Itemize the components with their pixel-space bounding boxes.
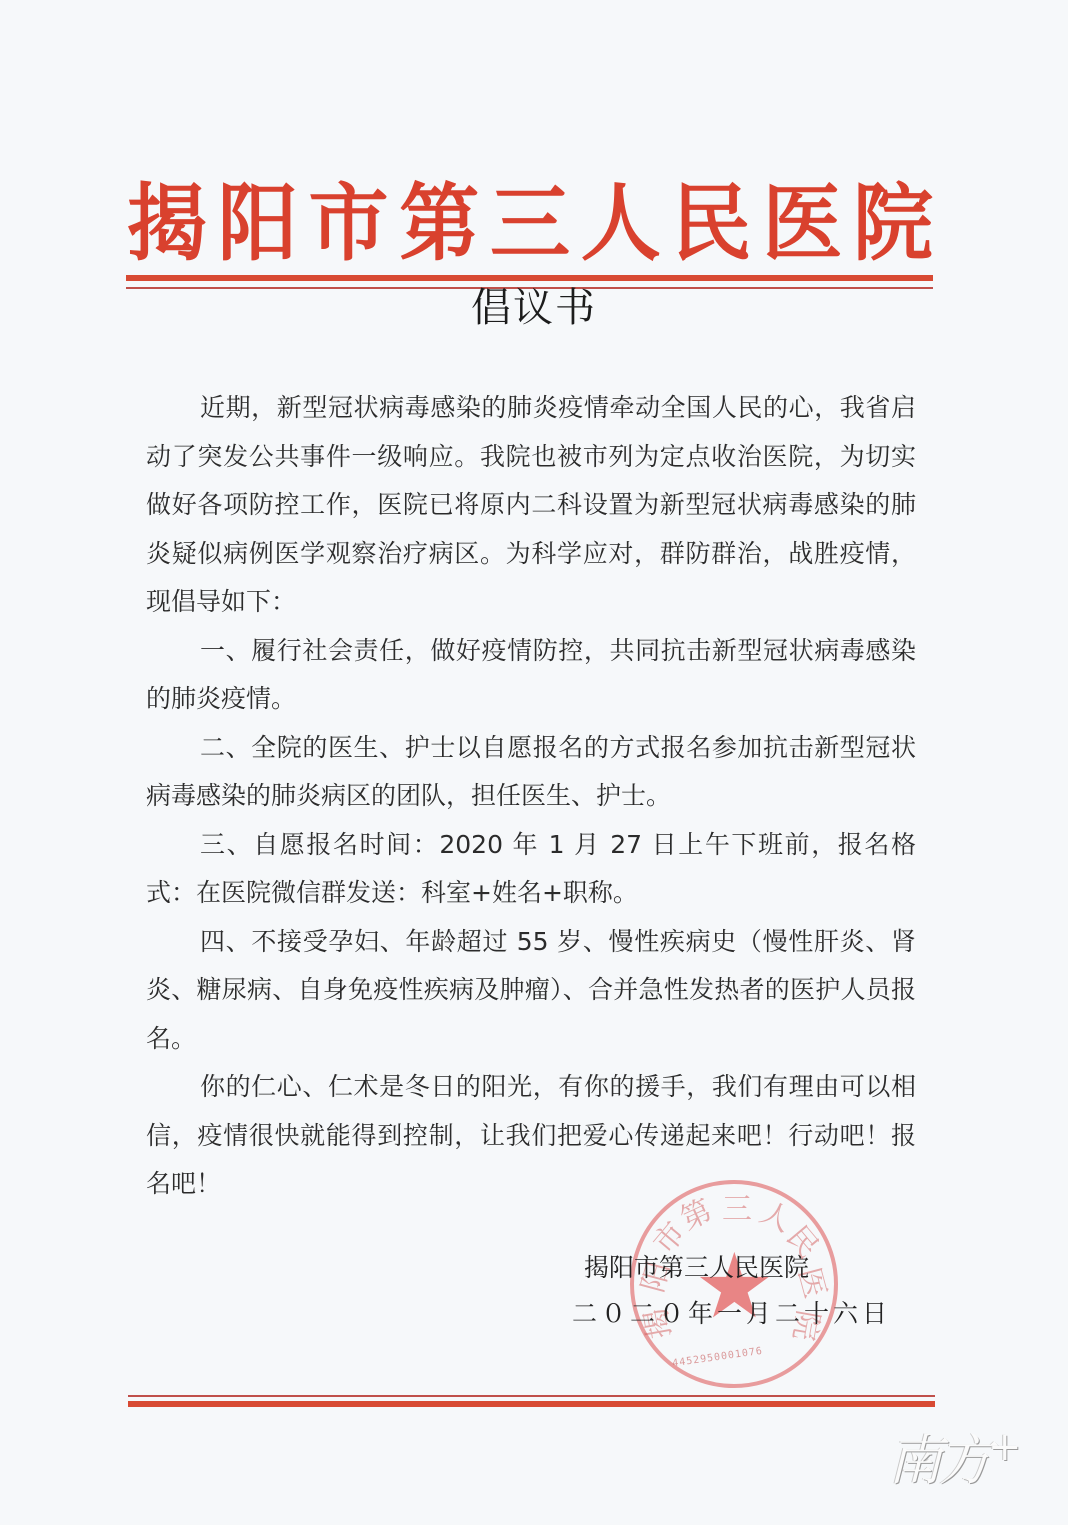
letterhead-char: 第 [394, 176, 484, 271]
document-page: 揭 阳 市 第 三 人 民 医 院 倡议书 近期，新型冠状病毒感染的肺炎疫情牵动… [0, 0, 1068, 1525]
footer-rule-thin [128, 1395, 935, 1397]
item-two-paragraph: 二、全院的医生、护士以自愿报名的方式报名参加抗击新型冠状病毒感染的肺炎病区的团队… [146, 724, 916, 821]
closing-paragraph: 你的仁心、仁术是冬日的阳光，有你的援手，我们有理由可以相信，疫情很快就能得到控制… [146, 1063, 916, 1209]
letterhead-char: 市 [304, 176, 394, 271]
letterhead-char: 民 [667, 176, 757, 271]
watermark-logo: 南方+ [888, 1418, 1018, 1495]
letterhead-char: 医 [757, 176, 847, 271]
seal-char: 三 [722, 1184, 752, 1228]
signature-organization: 揭阳市第三人民医院 [584, 1245, 891, 1291]
letterhead-char: 院 [848, 176, 938, 271]
document-title: 倡议书 [0, 283, 1068, 333]
footer-rule-thick [128, 1401, 935, 1407]
item-three-paragraph: 三、自愿报名时间：2020 年 1 月 27 日上午下班前，报名格式：在医院微信… [146, 821, 916, 918]
item-one-paragraph: 一、履行社会责任，做好疫情防控，共同抗击新型冠状病毒感染的肺炎疫情。 [146, 627, 916, 724]
letterhead-char: 揭 [122, 176, 212, 271]
item-four-paragraph: 四、不接受孕妇、年龄超过 55 岁、慢性疾病史（慢性肝炎、肾炎、糖尿病、自身免疫… [146, 918, 916, 1064]
watermark-text: 南方 [888, 1429, 988, 1492]
letterhead-char: 三 [485, 176, 575, 271]
intro-paragraph: 近期，新型冠状病毒感染的肺炎疫情牵动全国人民的心，我省启动了突发公共事件一级响应… [146, 384, 916, 627]
letterhead-char: 阳 [213, 176, 303, 271]
signature-date: 二０二０年一月二十六日 [572, 1291, 891, 1337]
letterhead-title: 揭 阳 市 第 三 人 民 医 院 [122, 178, 938, 268]
plus-icon: + [988, 1424, 1018, 1470]
seal-number: 4452950001076 [672, 1346, 764, 1370]
signature-block: 揭阳市第三人民医院 二０二０年一月二十六日 [584, 1245, 891, 1337]
document-body: 近期，新型冠状病毒感染的肺炎疫情牵动全国人民的心，我省启动了突发公共事件一级响应… [146, 384, 916, 1209]
letterhead-char: 人 [576, 176, 666, 271]
header-rule-thick [126, 275, 933, 281]
